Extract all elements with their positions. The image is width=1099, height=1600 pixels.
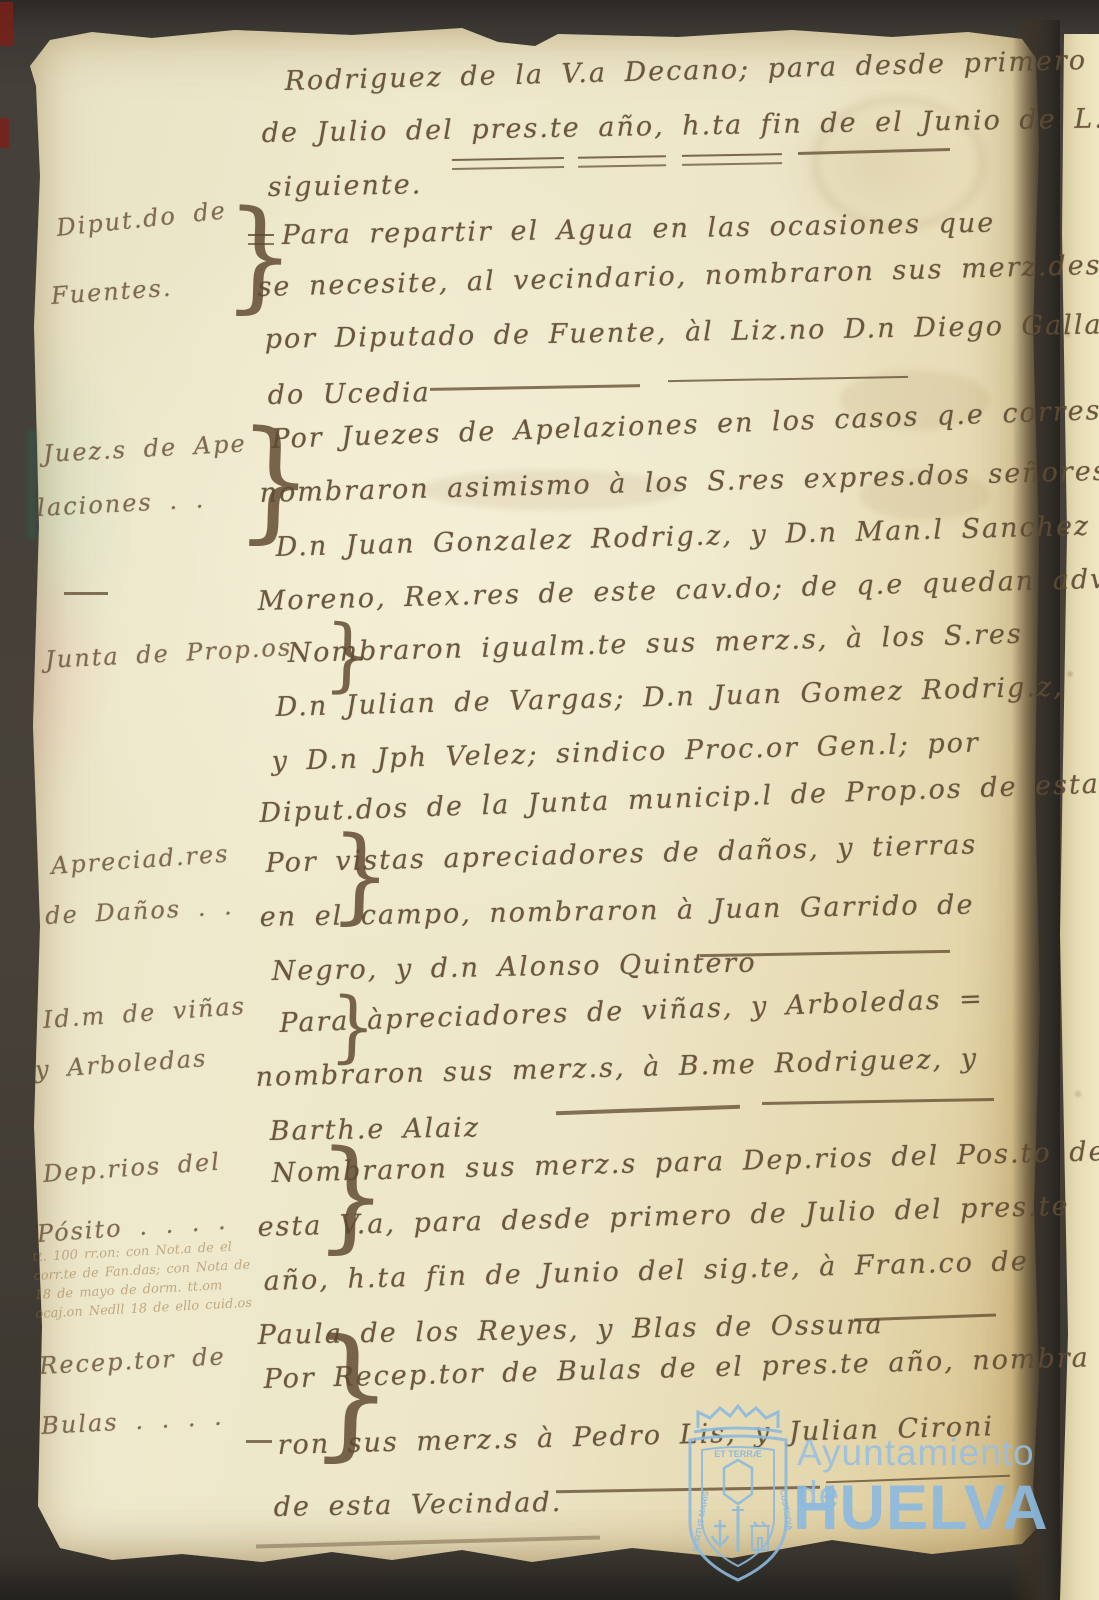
- crest-motto-top: ET TERRÆ: [714, 1449, 762, 1459]
- line-filler: [248, 234, 274, 245]
- huelva-coat-of-arms-icon: ET TERRÆ PORTUS MARIS CUSTODIA: [676, 1402, 800, 1588]
- line-filler: [246, 1440, 272, 1443]
- line-filler: [578, 155, 666, 168]
- line-filler: [64, 592, 108, 595]
- scan-edge-artifact-teal: [28, 430, 36, 540]
- crest-motto-left: PORTUS MARIS: [691, 1490, 711, 1553]
- crest-motto-right: CUSTODIA: [778, 1489, 794, 1532]
- line-filler: [452, 157, 564, 170]
- watermark-text-name: HUELVA: [793, 1472, 1049, 1544]
- scan-edge-artifact-red: [0, 2, 13, 46]
- body-line: de esta Vecindad.: [273, 1487, 562, 1523]
- line-filler: [682, 153, 782, 166]
- scan-edge-artifact-red: [0, 118, 9, 148]
- scanned-manuscript-page: Rodriguez de la V.a Decano; para desde p…: [0, 0, 1099, 1600]
- marginal-note: tt. 100 rr.on: con Not.a de el corr.te d…: [32, 1236, 271, 1324]
- archive-watermark: ET TERRÆ PORTUS MARIS CUSTODIA Ayuntamie…: [676, 1388, 1036, 1600]
